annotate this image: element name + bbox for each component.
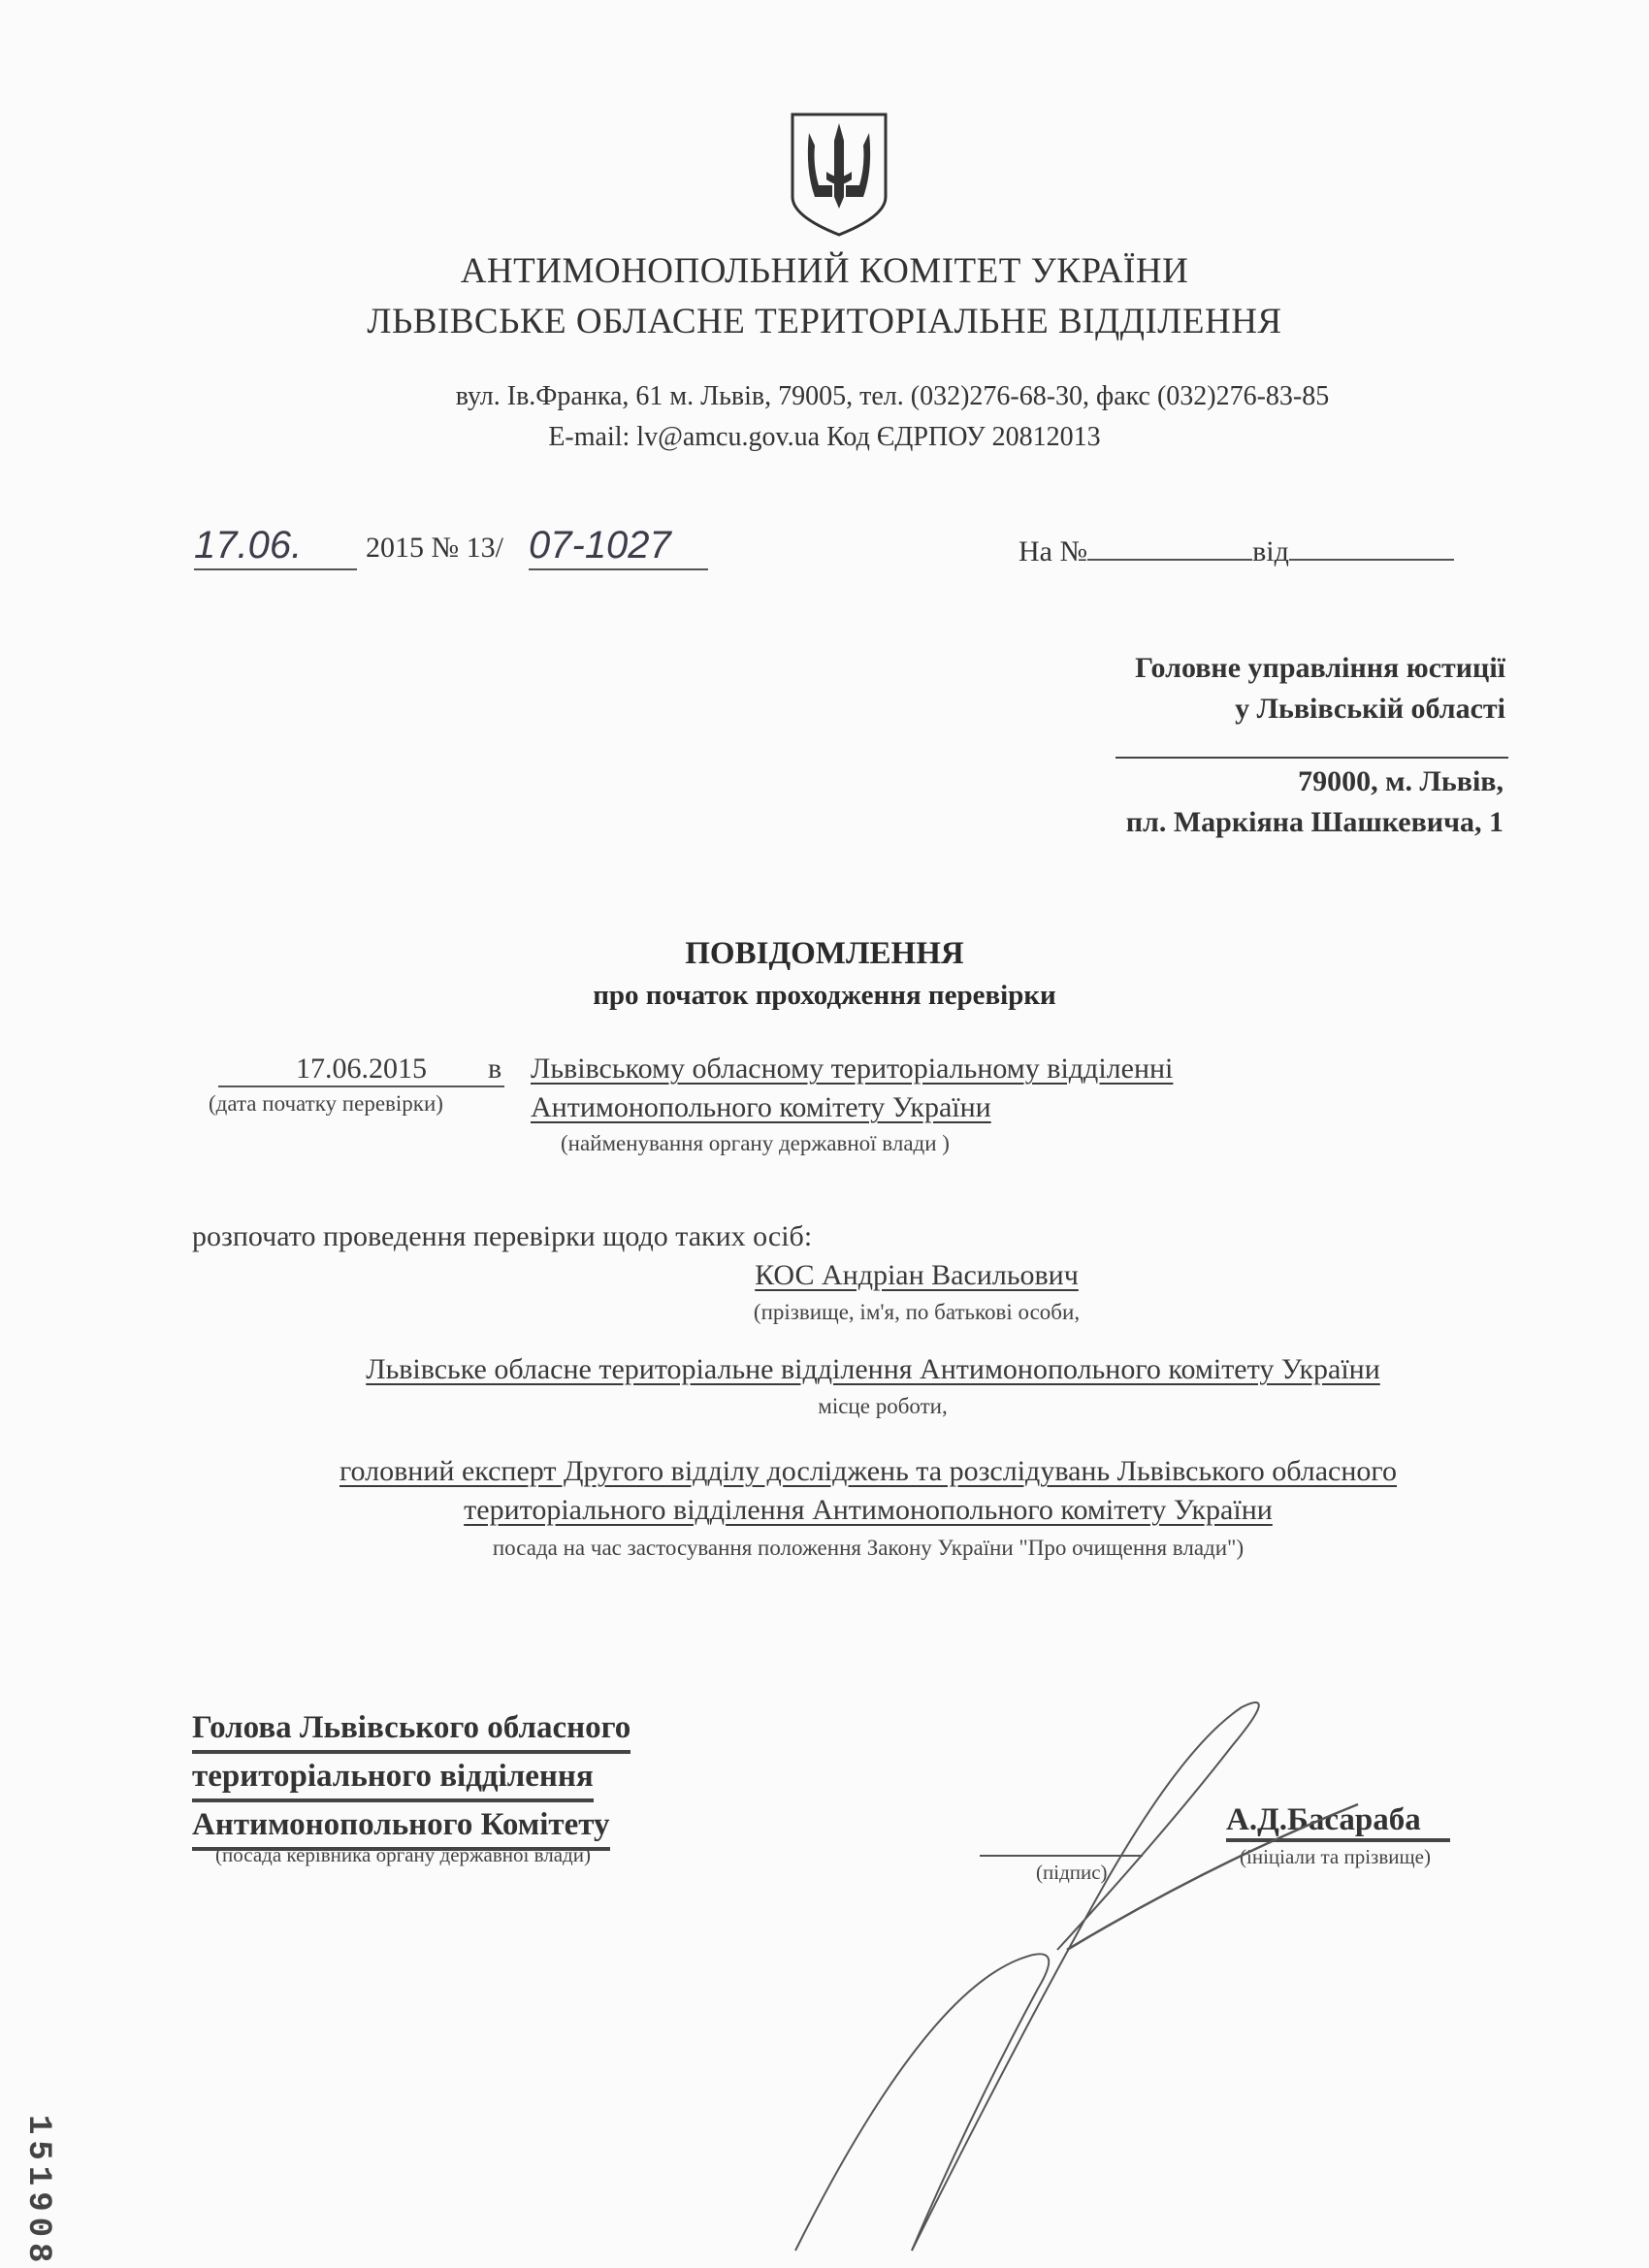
- reply-from-label: від: [1252, 535, 1289, 567]
- person-name: КОС Андріан Васильович: [0, 1259, 1649, 1292]
- document-title: ПОВІДОМЛЕННЯ: [0, 936, 1649, 972]
- recipient-address-line2: пл. Маркіяна Шашкевича, 1: [1126, 802, 1503, 843]
- signatory-position: Голова Львівського обласного територіаль…: [192, 1705, 630, 1851]
- authority-name-label: (найменування органу державної влади ): [561, 1131, 950, 1156]
- recipient-block: Головне управління юстиції у Львівській …: [1135, 648, 1505, 729]
- recipient-divider: [1115, 757, 1508, 759]
- workplace: Львівське обласне територіальне відділен…: [0, 1353, 1649, 1386]
- handwritten-signature: [776, 1669, 1503, 2268]
- workplace-value: Львівське обласне територіальне відділен…: [366, 1353, 1380, 1385]
- start-date-label: (дата початку перевірки): [209, 1091, 443, 1117]
- recipient-line1: Головне управління юстиції: [1135, 648, 1505, 689]
- position-line1-value: головний експерт Другого відділу дослідж…: [339, 1455, 1397, 1487]
- recipient-address: 79000, м. Львів, пл. Маркіяна Шашкевича,…: [1126, 761, 1503, 843]
- signatory-position-line2: територіального відділення: [192, 1754, 594, 1802]
- position-line2-value: територіального відділення Антимонопольн…: [464, 1494, 1273, 1526]
- reply-number-blank: [1087, 535, 1252, 561]
- authority-name-line1: Львівському обласному територіальному ві…: [531, 1053, 1173, 1085]
- organization-name: АНТИМОНОПОЛЬНИЙ КОМІТЕТ УКРАЇНИ: [0, 250, 1649, 292]
- check-started-text: розпочато проведення перевірки щодо таки…: [192, 1220, 812, 1253]
- position-line1: головний експерт Другого відділу дослідж…: [0, 1455, 1649, 1488]
- document-subtitle: про початок проходження перевірки: [0, 980, 1649, 1012]
- position-line2: територіального відділення Антимонопольн…: [0, 1494, 1649, 1527]
- person-name-value: КОС Андріан Васильович: [755, 1259, 1079, 1291]
- organization-division: ЛЬВІВСЬКЕ ОБЛАСНЕ ТЕРИТОРІАЛЬНЕ ВІДДІЛЕН…: [0, 301, 1649, 342]
- reply-reference: На №від: [1018, 535, 1454, 568]
- signatory-position-line1: Голова Львівського обласного: [192, 1705, 630, 1754]
- registration-stamp-number: 151908: [19, 2115, 56, 2268]
- reply-number-label: На №: [1018, 535, 1087, 567]
- workplace-label: місце роботи,: [0, 1394, 1649, 1419]
- person-name-label: (прізвище, ім'я, по батькові особи,: [0, 1300, 1649, 1325]
- signatory-position-label: (посада керівника органу державної влади…: [215, 1843, 591, 1867]
- organization-address: вул. Ів.Франка, 61 м. Львів, 79005, тел.…: [0, 381, 1649, 412]
- recipient-line2: у Львівській області: [1135, 689, 1505, 729]
- trident-coat-of-arms-icon: [788, 112, 890, 238]
- reply-date-blank: [1289, 535, 1454, 561]
- start-date: 17.06.2015: [218, 1053, 504, 1087]
- outgoing-number-handwritten: 07-1027: [529, 524, 708, 570]
- outgoing-date-handwritten: 17.06.: [194, 524, 357, 570]
- recipient-address-line1: 79000, м. Львів,: [1126, 761, 1503, 802]
- organization-contact: E-mail: lv@amcu.gov.ua Код ЄДРПОУ 208120…: [0, 422, 1649, 453]
- outgoing-year-number-prefix: 2015 № 13/: [366, 532, 503, 565]
- in-word: в: [488, 1053, 501, 1085]
- position-label: посада на час застосування положення Зак…: [0, 1536, 1649, 1561]
- authority-name-line2: Антимонопольного комітету України: [531, 1091, 991, 1124]
